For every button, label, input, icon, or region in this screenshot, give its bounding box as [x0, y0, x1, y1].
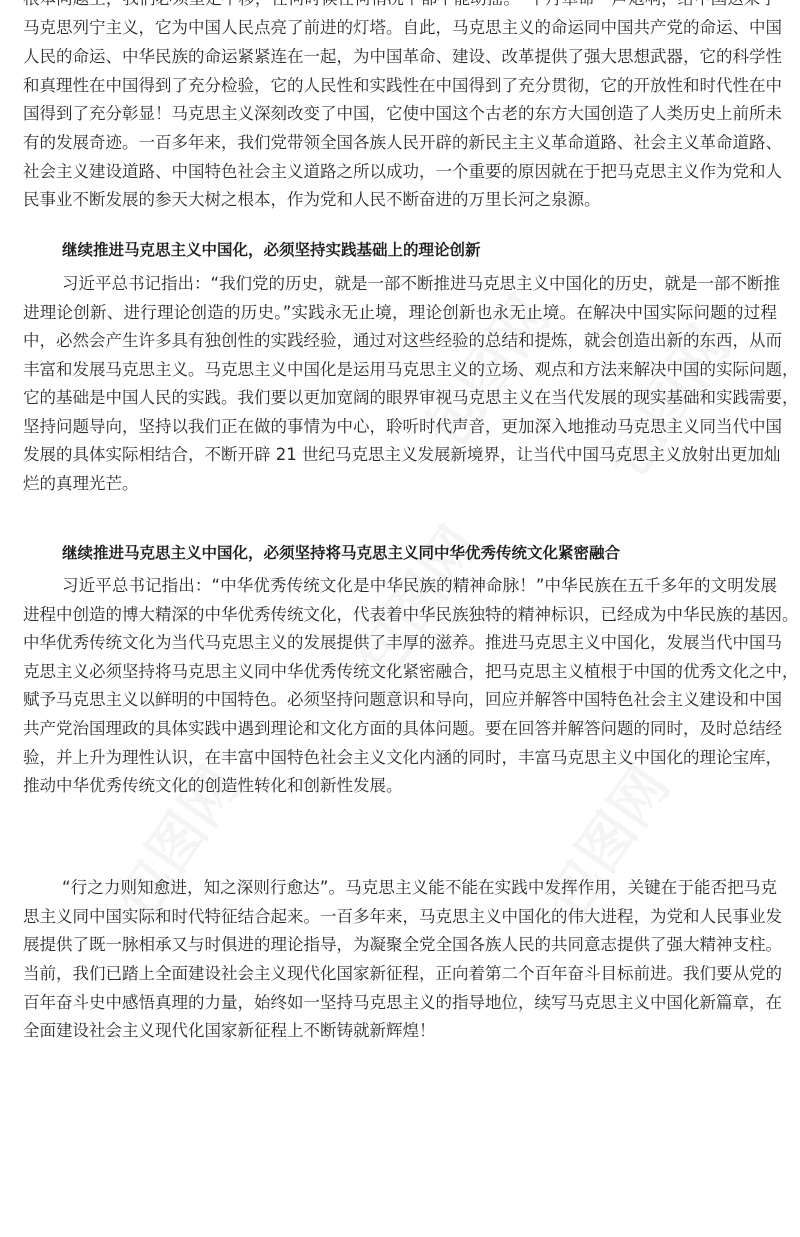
paragraph-line: 马克思列宁主义，它为中国人民点亮了前进的灯塔。自此，马克思主义的命运同中国共产党…	[23, 18, 777, 38]
paragraph-line: 全面建设社会主义现代化国家新征程上不断铸就新辉煌！	[23, 1021, 777, 1041]
paragraph-line: “行之力则知愈进，知之深则行愈达”。马克思主义能不能在实践中发挥作用，关键在于能…	[62, 878, 777, 898]
paragraph-line: 共产党治国理政的具体实践中遇到理论和文化方面的具体问题。要在回答并解答问题的同时…	[23, 719, 777, 739]
paragraph-line: 验，并上升为理性认识，在丰富中国特色社会主义文化内涵的同时，丰富马克思主义中国化…	[23, 748, 777, 768]
paragraph-line: 进程中创造的博大精深的中华优秀传统文化，代表着中华民族独特的精神标识，已经成为中…	[23, 605, 777, 625]
paragraph-line: 中，必然会产生许多具有独创性的实践经验，通过对这些经验的总结和提炼，就会创造出新…	[23, 331, 777, 351]
paragraph-line: 推动中华优秀传统文化的创造性转化和创新性发展。	[23, 776, 777, 796]
paragraph-line: 丰富和发展马克思主义。马克思主义中国化是运用马克思主义的立场、观点和方法来解决中…	[23, 360, 777, 380]
paragraph-line: 当前，我们已踏上全面建设社会主义现代化国家新征程，正向着第二个百年奋斗目标前进。…	[23, 964, 777, 984]
paragraph-line: 中华优秀传统文化为当代马克思主义的发展提供了丰厚的滋养。推进马克思主义中国化，发…	[23, 633, 777, 653]
paragraph-line: 它的基础是中国人民的实践。我们要以更加宽阔的眼界审视马克思主义在当代发展的现实基…	[23, 388, 777, 408]
paragraph-line: 进理论创新、进行理论创造的历史。”实践永无止境，理论创新也永无止境。在解决中国实…	[23, 303, 777, 323]
paragraph-line: 人民的命运、中华民族的命运紧紧连在一起，为中国革命、建设、改革提供了强大思想武器…	[23, 47, 777, 67]
document-page: 包图网 包图网 包图网 包图网 包图网 根本问题上，我们必须坚定不移，任何时候任…	[0, 0, 800, 1237]
paragraph-line: 思主义同中国实际和时代特征结合起来。一百多年来，马克思主义中国化的伟大进程，为党…	[23, 907, 777, 927]
paragraph-line: 民事业不断发展的参天大树之根本，作为党和人民不断奋进的万里长河之泉源。	[23, 190, 777, 210]
section-heading: 继续推进马克思主义中国化，必须坚持实践基础上的理论创新	[62, 240, 481, 260]
paragraph-line: 有的发展奇迹。一百多年来，我们党带领全国各族人民开辟的新民主主义革命道路、社会主…	[23, 133, 777, 153]
paragraph-line: 社会主义建设道路、中国特色社会主义道路之所以成功，一个重要的原因就在于把马克思主…	[23, 162, 777, 182]
paragraph-line: 坚持问题导向，坚持以我们正在做的事情为中心，聆听时代声音，更加深入地推动马克思主…	[23, 417, 777, 437]
paragraph-line: 百年奋斗史中感悟真理的力量，始终如一坚持马克思主义的指导地位，续写马克思主义中国…	[23, 993, 777, 1013]
paragraph-line: 发展的具体实际相结合，不断开辟 21 世纪马克思主义发展新境界，让当代中国马克思…	[23, 445, 777, 465]
paragraph-line: 烂的真理光芒。	[23, 474, 777, 494]
paragraph-line: 根本问题上，我们必须坚定不移，任何时候任何情况下都不能动摇。“十月革命一声炮响，…	[23, 0, 777, 9]
section-heading: 继续推进马克思主义中国化，必须坚持将马克思主义同中华优秀传统文化紧密融合	[62, 543, 620, 563]
paragraph-line: 赋予马克思主义以鲜明的中国特色。必须坚持问题意识和导向，回应并解答中国特色社会主…	[23, 690, 777, 710]
paragraph-line: 和真理性在中国得到了充分检验，它的人民性和实践性在中国得到了充分贯彻，它的开放性…	[23, 76, 777, 96]
paragraph-line: 习近平总书记指出：“我们党的历史，就是一部不断推进马克思主义中国化的历史，就是一…	[62, 274, 777, 294]
paragraph-line: 克思主义必须坚持将马克思主义同中华优秀传统文化紧密融合，把马克思主义植根于中国的…	[23, 662, 777, 682]
paragraph-line: 国得到了充分彰显！马克思主义深刻改变了中国，它使中国这个古老的东方大国创造了人类…	[23, 104, 777, 124]
paragraph-line: 习近平总书记指出：“中华优秀传统文化是中华民族的精神命脉！”中华民族在五千多年的…	[62, 576, 777, 596]
paragraph-line: 展提供了既一脉相承又与时俱进的理论指导，为凝聚全党全国各族人民的共同意志提供了强…	[23, 935, 777, 955]
